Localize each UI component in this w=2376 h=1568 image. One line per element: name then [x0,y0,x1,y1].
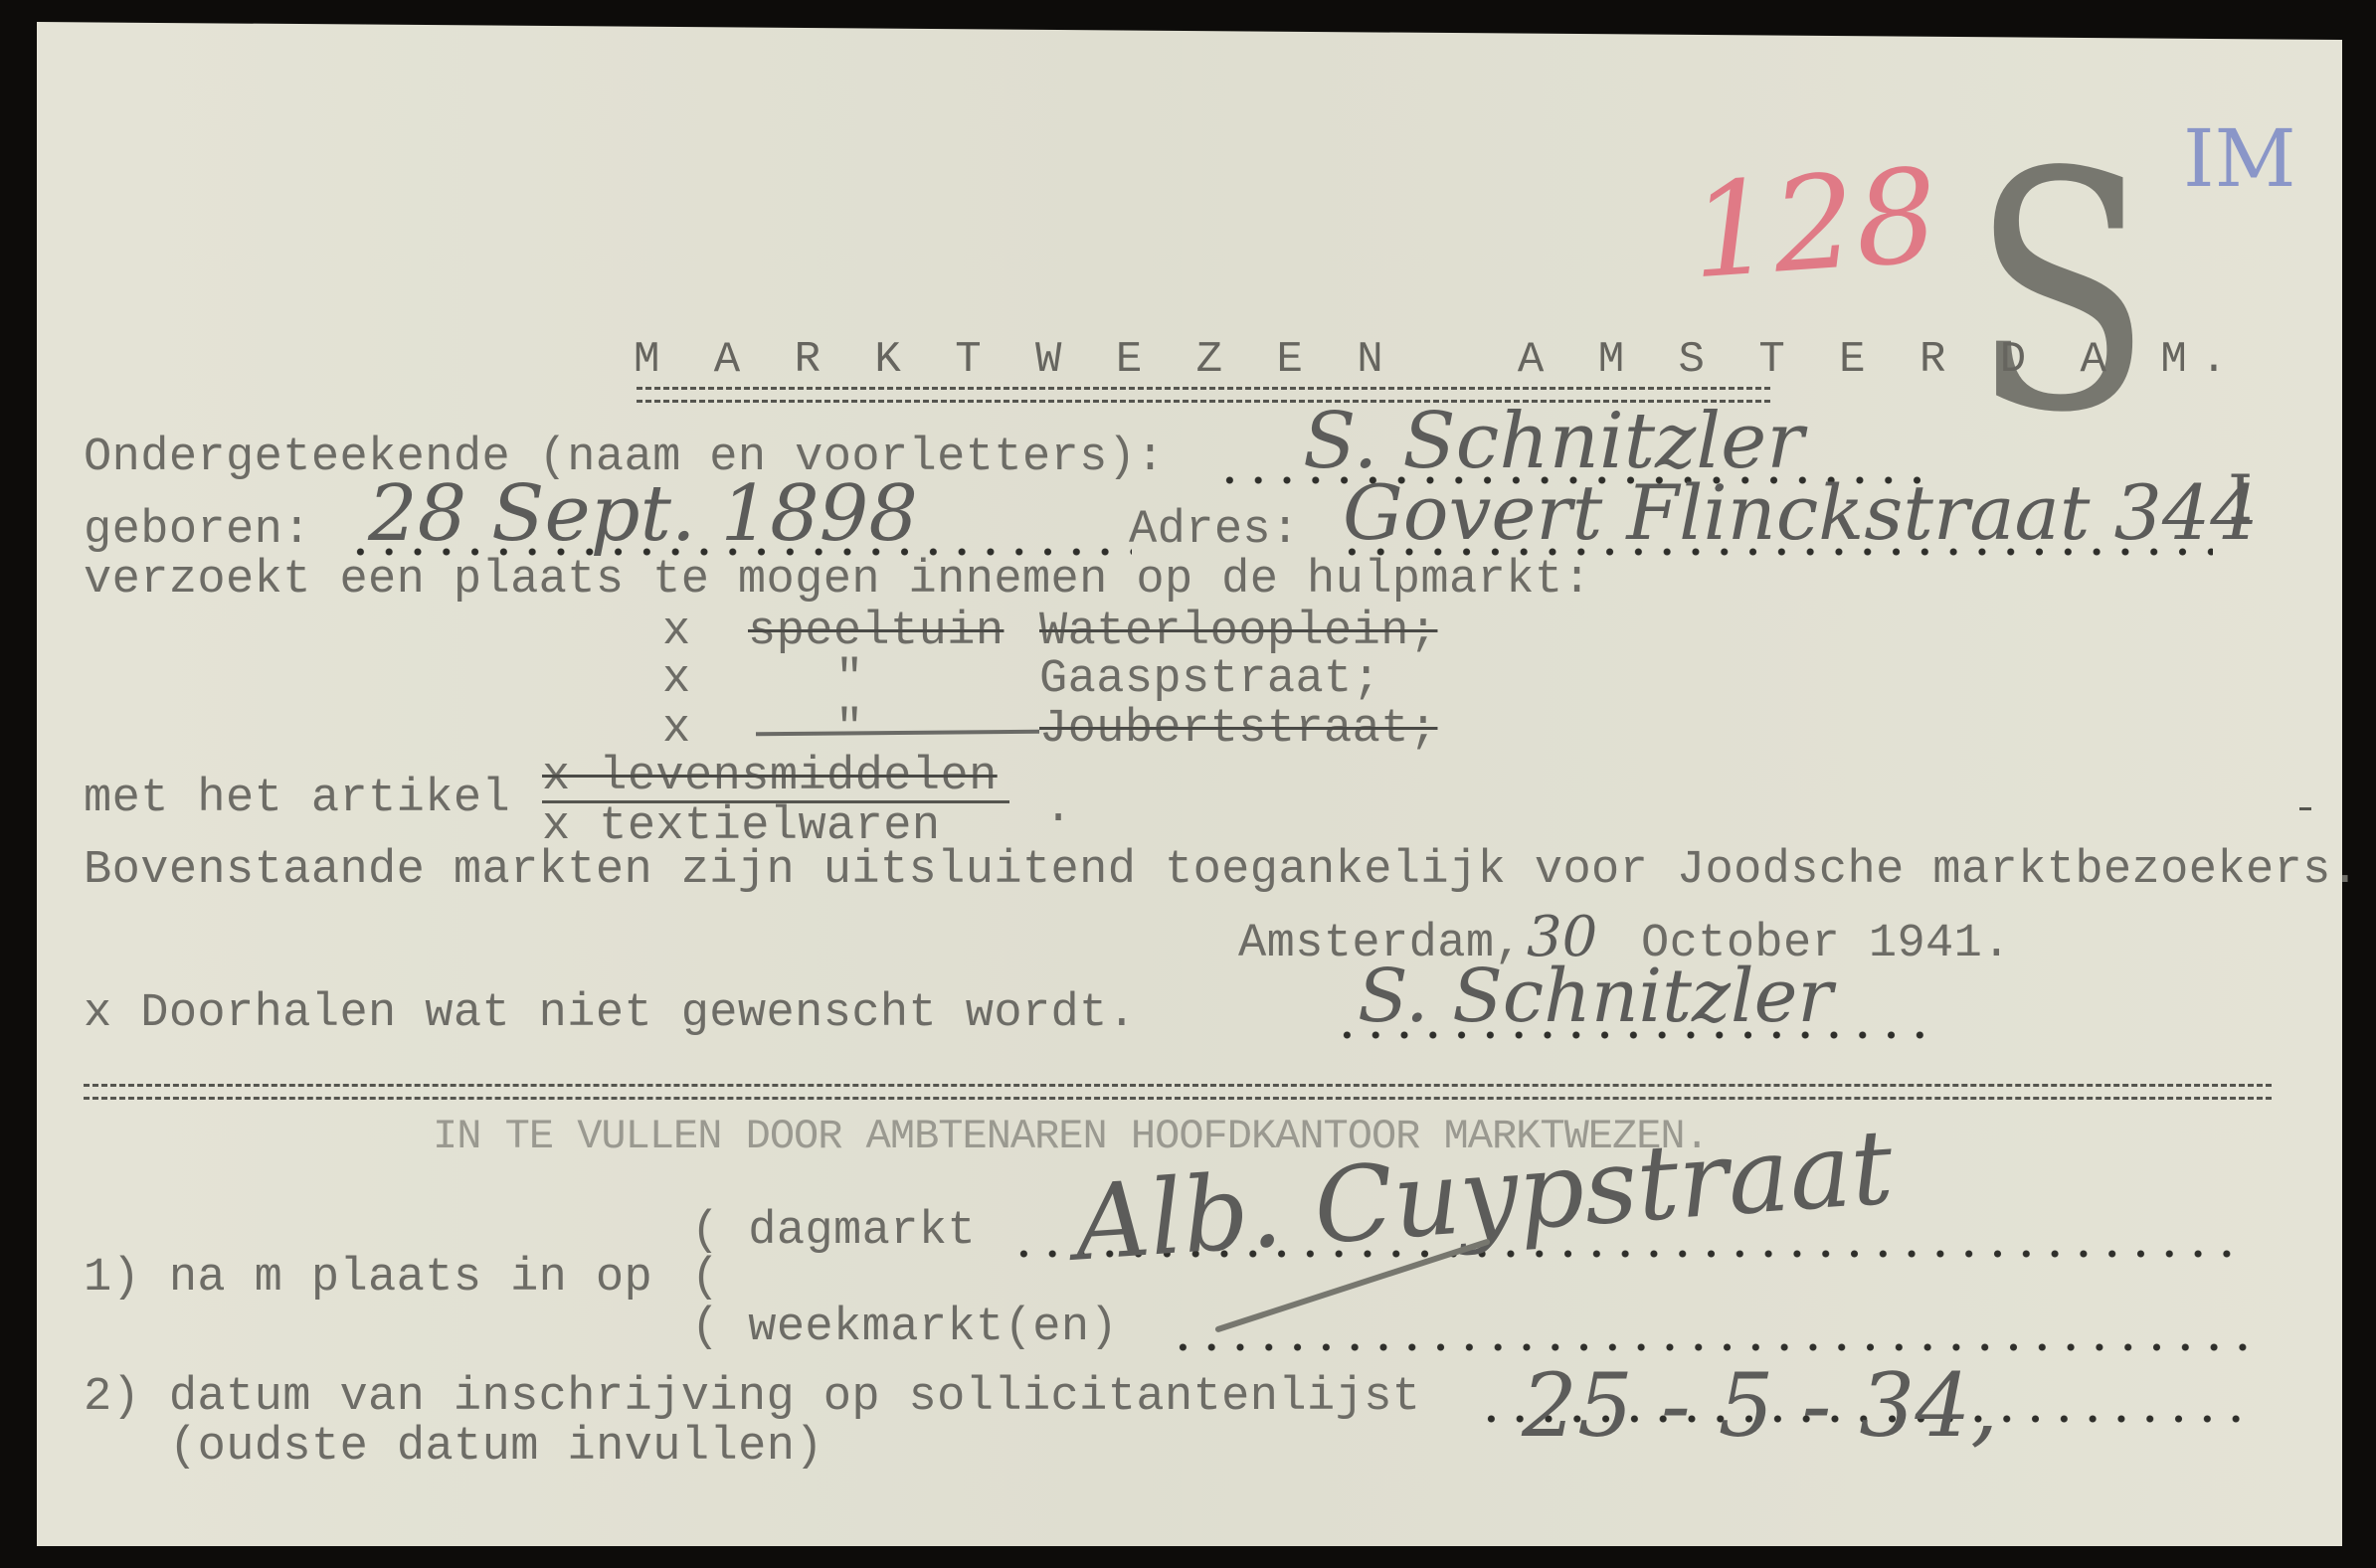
item2-note: (oudste datum invullen) [169,1424,823,1471]
born-label: geboren: [84,507,311,554]
section-separator [84,1084,2272,1100]
article-option-levensmiddelen: x levensmiddelen [542,754,998,800]
address-value: Govert Flinckstraat 344 [1343,475,2259,551]
margin-mark [2299,807,2311,810]
article-option-textielwaren: x textielwaren [542,803,940,850]
market-option-prefix: " [835,656,864,703]
address-floor: I [2228,467,2253,531]
market-option-marker: x [662,656,691,703]
item1-label: 1) na m plaats in op [84,1255,652,1302]
dagmarkt-label: ( dagmarkt [691,1208,976,1255]
born-value: 28 Sept. 1898 [368,475,918,553]
notice-text: Bovenstaande markten zijn uitsluitend to… [84,847,2359,894]
item2-value: 25 - 5 - 34, [1522,1362,1998,1450]
document-title: M A R K T W E Z E N A M S T E R D A M. [634,338,2241,382]
article-terminator: . [1044,785,1073,832]
market-option-waterlooplein: Waterlooplein; [1039,609,1437,655]
market-option-prefix: speeltuin [748,609,1004,655]
blue-pencil-mark: IM [2183,119,2296,199]
brace: ( [691,1255,720,1302]
weekmarkt-label: ( weekmarkt(en) [691,1305,1118,1351]
market-option-marker: x [662,706,691,753]
signature: S. Schnitzler [1358,959,1833,1033]
market-option-marker: x [662,609,691,655]
market-option-prefix: " [835,706,864,753]
article-label: met het artikel [84,776,510,822]
request-intro: verzoekt een plaats te mogen innemen op … [84,557,1591,604]
footnote: x Doorhalen wat niet gewenscht wordt. [84,990,1136,1037]
pencil-mark: S [1972,129,2152,457]
market-option-joubertstraat: Joubertstraat; [1039,706,1437,753]
market-option-gaaspstraat: Gaaspstraat; [1039,656,1380,703]
red-pencil-number: 128 [1687,151,1942,297]
weekmarkt-dotted-line [1169,1342,2248,1352]
address-label: Adres: [1129,507,1300,554]
item2-label: 2) datum van inschrijving op sollicitant… [84,1374,1420,1421]
